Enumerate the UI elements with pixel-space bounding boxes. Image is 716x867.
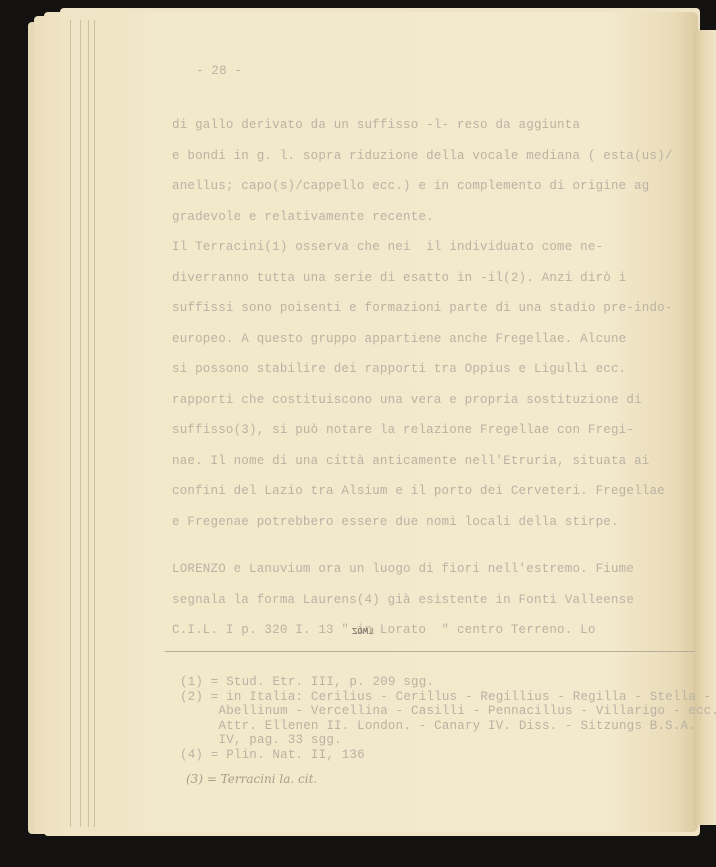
text-line: (2) = in Italia: Cerilius - Cerillus - R…	[180, 690, 711, 704]
page-number: - 28 -	[196, 64, 242, 78]
text-line: rapporti che costituiscono una vera e pr…	[172, 393, 642, 407]
text-line: Il Terracini(1) osserva che nei il indiv…	[172, 240, 603, 254]
text-line: suffisso(3), si può notare la relazione …	[172, 423, 634, 437]
text-line: LORENZO e Lanuvium ora un luogo di fiori…	[172, 562, 634, 576]
text-line: e Fregenae potrebbero essere due nomi lo…	[172, 515, 619, 529]
text-line: gradevole e relativamente recente.	[172, 210, 434, 224]
text-line: nae. Il nome di una città anticamente ne…	[172, 454, 649, 468]
text-line: IV, pag. 33 sgg.	[180, 733, 342, 747]
library-stamp: LMOZ	[352, 627, 374, 637]
text-line: Abellinum - Vercellina - Casilli - Penna…	[180, 704, 716, 718]
page-edge	[80, 20, 81, 827]
text-line: si possono stabilire dei rapporti tra Op…	[172, 362, 626, 376]
text-line: di gallo derivato da un suffisso -l- res…	[172, 118, 580, 132]
text-line: e bondi in g. l. sopra riduzione della v…	[172, 149, 673, 163]
text-line: segnala la forma Laurens(4) già esistent…	[172, 593, 634, 607]
handwritten-footnote: (3) = Terracini la. cit.	[186, 772, 317, 786]
text-line: (1) = Stud. Etr. III, p. 209 sgg.	[180, 675, 434, 689]
text-line: Attr. Ellenen II. London. - Canary IV. D…	[180, 719, 696, 733]
text-line: (4) = Plin. Nat. II, 136	[180, 748, 365, 762]
text-line: europeo. A questo gruppo appartiene anch…	[172, 332, 626, 346]
text-line: suffissi sono poisenti e formazioni part…	[172, 301, 673, 315]
page-edge	[88, 20, 89, 827]
footnote-separator	[165, 651, 695, 652]
text-line: anellus; capo(s)/cappello ecc.) e in com…	[172, 179, 649, 193]
text-line: confini del Lazio tra Alsium e il porto …	[172, 484, 665, 498]
text-line: C.I.L. I p. 320 I. 13 " in Lorato " cent…	[172, 623, 596, 637]
page-edge	[70, 20, 71, 827]
page-edge	[94, 20, 95, 827]
text-line: diverranno tutta una serie di esatto in …	[172, 271, 626, 285]
